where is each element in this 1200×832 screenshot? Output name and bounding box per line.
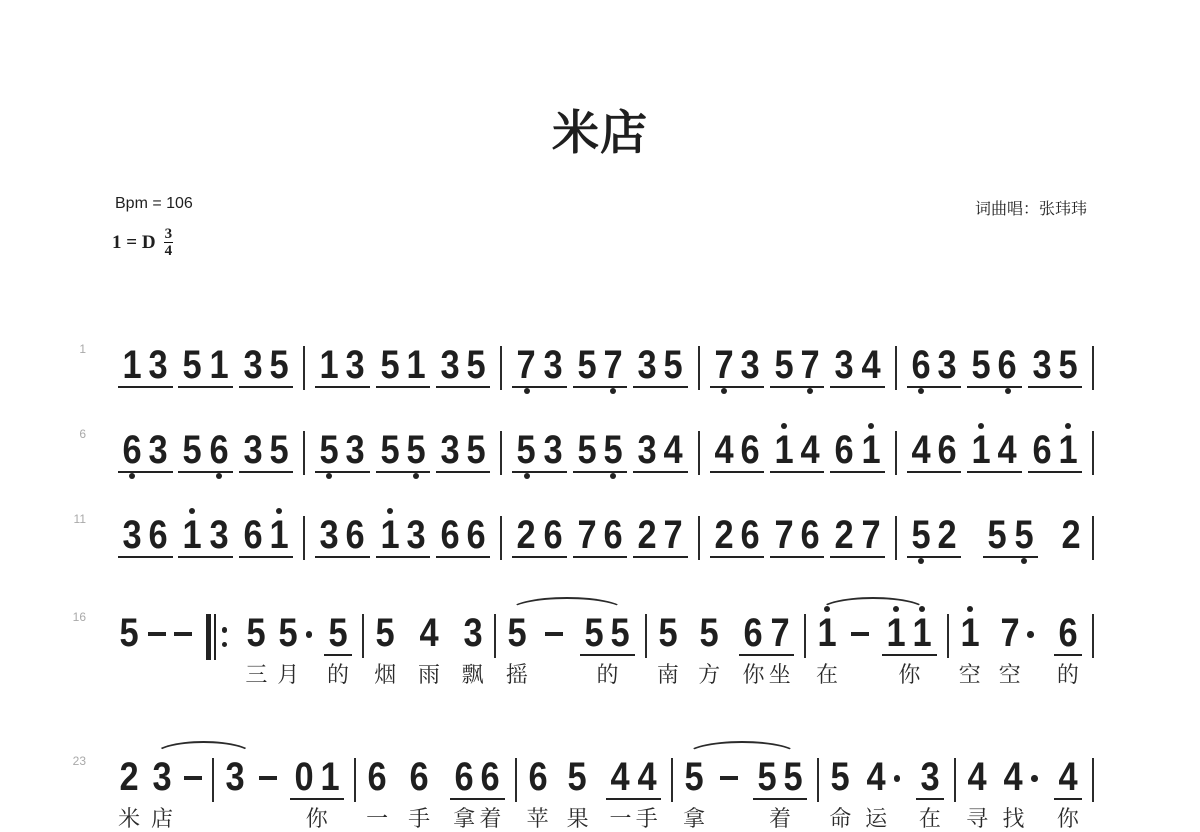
repeat-dots: [222, 614, 228, 660]
note-digit: 5: [269, 348, 288, 382]
note-digit: 3: [638, 348, 657, 382]
note: 5方: [698, 616, 720, 650]
note-digit: 5: [406, 433, 425, 467]
measure: 267627: [700, 518, 895, 558]
note-digit: 5: [467, 433, 486, 467]
note: 5拿: [683, 760, 705, 794]
measure-number: 1: [62, 342, 86, 356]
octave-dot-above: [189, 508, 195, 514]
note-digit: 6: [440, 518, 459, 552]
measure-tokens: 5南5方6你7坐: [647, 616, 804, 656]
note: 7: [799, 348, 821, 382]
note-digit: 5: [700, 616, 719, 650]
note: 6: [344, 518, 366, 552]
note-digit: 0: [294, 760, 313, 794]
note: 3飘: [462, 616, 484, 650]
note: 5: [465, 348, 487, 382]
octave-dot-below: [807, 388, 813, 394]
beamed-group: 27: [633, 518, 688, 558]
slur-arc: [509, 597, 626, 625]
note-digit: 1: [960, 616, 979, 650]
measure-number: 6: [62, 427, 86, 441]
measure: 135135: [108, 348, 303, 388]
measure: 5: [108, 616, 202, 650]
lyric: 找: [1002, 808, 1024, 830]
note: 3: [147, 348, 169, 382]
octave-dot-below: [326, 473, 332, 479]
note-digit: 3: [149, 348, 168, 382]
augmentation-dot: [1027, 631, 1034, 638]
octave-dot-below: [610, 473, 616, 479]
note-digit: 3: [123, 518, 142, 552]
beamed-group: 51: [376, 348, 431, 388]
note-digit: 4: [1004, 760, 1023, 794]
note: 3: [318, 518, 340, 552]
beamed-group: 14: [770, 433, 825, 473]
note-digit: 5: [183, 433, 202, 467]
note: 5: [970, 348, 992, 382]
lyric: 南: [657, 664, 679, 686]
note-digit: 5: [611, 616, 630, 650]
note-digit: 1: [1058, 433, 1077, 467]
octave-dot-above: [868, 423, 874, 429]
beamed-group: 6你7坐: [739, 616, 794, 656]
lyric: 你: [306, 808, 328, 830]
beamed-group: 35: [633, 348, 688, 388]
beamed-group: 14: [967, 433, 1022, 473]
note: 3: [121, 518, 143, 552]
lyric: 手: [636, 808, 658, 830]
note: 5: [318, 433, 340, 467]
note: 7空: [999, 616, 1021, 650]
measure-tokens: 301你: [214, 760, 354, 800]
barline: [1092, 614, 1094, 658]
note-digit: 3: [638, 433, 657, 467]
note-digit: 3: [440, 348, 459, 382]
note-digit: 3: [740, 348, 759, 382]
note-digit: 5: [183, 348, 202, 382]
barline: [1092, 516, 1094, 560]
measure-tokens: 5: [108, 616, 202, 650]
beamed-group: 6拿6着: [450, 760, 505, 800]
duration-dash: [545, 632, 563, 636]
note-digit: 5: [269, 433, 288, 467]
lyric: 命: [829, 808, 851, 830]
note: 6: [910, 348, 932, 382]
lyric: 拿: [683, 808, 705, 830]
note: 3: [405, 518, 427, 552]
slur-arc: [154, 741, 253, 769]
note-digit: 1: [380, 518, 399, 552]
note-digit: 6: [740, 518, 759, 552]
measure: 4寻4找4你: [956, 760, 1092, 800]
note-digit: 2: [1061, 518, 1080, 552]
note-digit: 6: [467, 518, 486, 552]
note-digit: 4: [861, 348, 880, 382]
measure-tokens: 267627: [700, 518, 895, 558]
note-digit: 3: [149, 433, 168, 467]
note-digit: 2: [835, 518, 854, 552]
system-line-6: 6635635535535535534461461461461: [108, 433, 1094, 475]
note: 7: [576, 518, 598, 552]
note-digit: 3: [835, 348, 854, 382]
note-digit: 6: [938, 433, 957, 467]
beamed-group: 26: [512, 518, 567, 558]
beamed-group: 55: [983, 518, 1038, 558]
lyric: 苹: [527, 808, 549, 830]
beamed-group: 6的: [1054, 616, 1082, 656]
note: 1: [121, 348, 143, 382]
note-digit: 5: [664, 348, 683, 382]
measure: 635635: [108, 433, 303, 473]
note: 5: [782, 760, 804, 794]
measure-tokens: 635635: [897, 348, 1092, 388]
note-digit: 6: [243, 518, 262, 552]
beamed-group: 55: [376, 433, 431, 473]
octave-dot-below: [918, 388, 924, 394]
note-digit: 2: [517, 518, 536, 552]
note: 3: [439, 348, 461, 382]
note-digit: 4: [968, 760, 987, 794]
note-digit: 5: [328, 616, 347, 650]
note: 6: [439, 518, 461, 552]
note-digit: 5: [1014, 518, 1033, 552]
measure-tokens: 635635: [108, 433, 303, 473]
augmentation-dot: [306, 631, 313, 638]
note-digit: 6: [740, 433, 759, 467]
note-digit: 5: [604, 433, 623, 467]
beamed-group: 36: [315, 518, 370, 558]
note-digit: 6: [410, 760, 429, 794]
octave-dot-below: [524, 473, 530, 479]
lyric: 方: [698, 664, 720, 686]
measure-tokens: 461461: [700, 433, 895, 473]
note: 5: [662, 348, 684, 382]
beamed-group: 63: [907, 348, 962, 388]
key-signature: 1 = D 3 4: [112, 226, 173, 259]
lyric: 月: [277, 664, 299, 686]
note: 6你: [742, 616, 764, 650]
note-digit: 3: [920, 760, 939, 794]
beamed-group: 35: [1028, 348, 1083, 388]
note: 6: [799, 518, 821, 552]
note-digit: 3: [543, 433, 562, 467]
note: 5: [181, 433, 203, 467]
note: 4雨: [418, 616, 440, 650]
note: 5南: [657, 616, 679, 650]
octave-dot-below: [610, 388, 616, 394]
credit-label: 词曲唱：张玮玮: [975, 196, 1087, 219]
note: 6手: [408, 760, 430, 794]
lyric: 的: [1057, 664, 1079, 686]
beamed-group: 35: [436, 348, 491, 388]
note-digit: 3: [209, 518, 228, 552]
note-digit: 7: [714, 348, 733, 382]
note: 4寻: [966, 760, 988, 794]
note: 3: [439, 433, 461, 467]
note-digit: 3: [463, 616, 482, 650]
note-digit: 5: [380, 433, 399, 467]
note-digit: 2: [714, 518, 733, 552]
note-digit: 4: [714, 433, 733, 467]
repeat-dot: [222, 627, 228, 633]
beamed-group: 76: [770, 518, 825, 558]
note: 1: [268, 518, 290, 552]
measure: 461461: [700, 433, 895, 473]
note-digit: 3: [346, 348, 365, 382]
duration-dash: [720, 776, 738, 780]
barline: [1092, 431, 1094, 475]
note-digit: 7: [861, 518, 880, 552]
note: 5: [602, 433, 624, 467]
measure: 6一6手6拿6着: [356, 760, 515, 800]
note-digit: 5: [577, 433, 596, 467]
note: 2: [1060, 518, 1082, 552]
beamed-group: 35: [239, 433, 294, 473]
note: 7: [602, 348, 624, 382]
beamed-group: 61: [239, 518, 294, 558]
measure-tokens: 5命4运3在: [819, 760, 954, 800]
beamed-group: 13: [178, 518, 233, 558]
note: 4: [662, 433, 684, 467]
note-digit: 7: [775, 518, 794, 552]
system-row: 135135135135735735735734635635: [108, 348, 1094, 390]
measure: 535535: [305, 433, 500, 473]
measure-tokens: 6一6手6拿6着: [356, 760, 515, 800]
repeat-dot: [222, 642, 228, 648]
beamed-group: 57: [770, 348, 825, 388]
beamed-group: 13: [315, 348, 370, 388]
note-digit: 5: [380, 348, 399, 382]
augmentation-dot: [1031, 775, 1038, 782]
beamed-group: 5的: [324, 616, 352, 656]
note-digit: 3: [243, 433, 262, 467]
note-digit: 7: [604, 348, 623, 382]
measure-number: 16: [62, 610, 86, 624]
note: 3: [636, 348, 658, 382]
repeat-start-barline: [206, 614, 228, 660]
beamed-group: 26: [710, 518, 765, 558]
octave-dot-below: [721, 388, 727, 394]
lyric: 拿: [453, 808, 475, 830]
note: 5: [986, 518, 1008, 552]
measure-tokens: 135135: [305, 348, 500, 388]
note: 4运: [865, 760, 887, 794]
beamed-group: 73: [512, 348, 567, 388]
slur-arc: [686, 741, 798, 769]
beamed-group: 35: [436, 433, 491, 473]
note-digit: 6: [998, 348, 1017, 382]
note: 3: [344, 348, 366, 382]
beamed-group: 57: [573, 348, 628, 388]
lyric: 烟: [374, 664, 396, 686]
song-title: 米店: [0, 96, 1200, 163]
note: 5果: [566, 760, 588, 794]
measure-tokens: 135135: [108, 348, 303, 388]
octave-dot-below: [524, 388, 530, 394]
bpm-label: Bpm = 106: [115, 195, 193, 213]
note: 7: [860, 518, 882, 552]
system-row: 55三5月5的5烟4雨3飘5摇55的5南5方6你7坐1在11你1空7空6的: [108, 616, 1094, 660]
octave-dot-above: [276, 508, 282, 514]
octave-dot-above: [967, 606, 973, 612]
note: 6: [121, 433, 143, 467]
note-digit: 4: [1058, 760, 1077, 794]
note: 4手: [636, 760, 658, 794]
lyric: 你: [898, 664, 920, 686]
measure: 6苹5果4一4手: [517, 760, 671, 800]
note: 2: [713, 518, 735, 552]
duration-dash: [148, 632, 166, 636]
system-row: 2米3店301你6一6手6拿6着6苹5果4一4手5拿55着5命4运3在4寻4找4…: [108, 760, 1094, 802]
note-digit: 1: [183, 518, 202, 552]
beamed-group: 73: [710, 348, 765, 388]
measure: 5烟4雨3飘: [364, 616, 494, 650]
measure-tokens: 4寻4找4你: [956, 760, 1092, 800]
note-digit: 1: [861, 433, 880, 467]
note: 7: [515, 348, 537, 382]
measure: 735734: [700, 348, 895, 388]
note-digit: 1: [320, 348, 339, 382]
note: 5: [910, 518, 932, 552]
system-line-16: 1655三5月5的5烟4雨3飘5摇55的5南5方6你7坐1在11你1空7空6的: [108, 616, 1094, 660]
lyric: 的: [596, 664, 618, 686]
note: 5: [379, 433, 401, 467]
note-digit: 1: [269, 518, 288, 552]
note: 5月: [277, 616, 299, 650]
note: 3: [344, 433, 366, 467]
note: 5: [1057, 348, 1079, 382]
note-digit: 4: [801, 433, 820, 467]
note: 6一: [366, 760, 388, 794]
lyric: 坐: [769, 664, 791, 686]
measure-number: 23: [62, 754, 86, 768]
note: 4: [860, 348, 882, 382]
note-digit: 6: [543, 518, 562, 552]
lyric: 米: [118, 808, 140, 830]
measure-tokens: 361366: [305, 518, 500, 558]
note: 7: [773, 518, 795, 552]
measure: 301你: [214, 760, 354, 800]
note-digit: 4: [419, 616, 438, 650]
note: 5: [515, 433, 537, 467]
beamed-group: 4你: [1054, 760, 1082, 800]
note: 6拿: [453, 760, 475, 794]
note-digit: 1: [320, 760, 339, 794]
note: 1: [773, 433, 795, 467]
note-digit: 6: [481, 760, 500, 794]
note: 6: [833, 433, 855, 467]
note-digit: 3: [406, 518, 425, 552]
beamed-group: 61: [1028, 433, 1083, 473]
note-digit: 5: [684, 760, 703, 794]
note: 4: [713, 433, 735, 467]
note: 5: [379, 348, 401, 382]
note-digit: 2: [120, 760, 139, 794]
note-digit: 1: [817, 616, 836, 650]
lyric: 你: [1057, 808, 1079, 830]
note-digit: 7: [664, 518, 683, 552]
measure-tokens: 735734: [700, 348, 895, 388]
note: 5: [268, 348, 290, 382]
measure-tokens: 5烟4雨3飘: [364, 616, 494, 650]
note: 6: [739, 518, 761, 552]
note-digit: 5: [517, 433, 536, 467]
note-digit: 1: [123, 348, 142, 382]
note: 5: [1013, 518, 1035, 552]
note-digit: 5: [120, 616, 139, 650]
measure-tokens: 1空7空6的: [949, 616, 1092, 656]
note-digit: 6: [835, 433, 854, 467]
system-line-23: 232米3店301你6一6手6拿6着6苹5果4一4手5拿55着5命4运3在4寻4…: [108, 760, 1094, 802]
duration-dash: [851, 632, 869, 636]
measure-tokens: 361361: [108, 518, 303, 558]
note: 6: [208, 433, 230, 467]
beamed-group: 66: [436, 518, 491, 558]
note: 5: [576, 433, 598, 467]
note-digit: 6: [604, 518, 623, 552]
note: 6: [147, 518, 169, 552]
lyric: 三: [245, 664, 267, 686]
measure: 461461: [897, 433, 1092, 473]
note: 3: [936, 348, 958, 382]
note: 2: [515, 518, 537, 552]
octave-dot-below: [1005, 388, 1011, 394]
note-digit: 7: [517, 348, 536, 382]
note: 5: [327, 616, 349, 650]
note: 6: [996, 348, 1018, 382]
note: 4: [910, 433, 932, 467]
lyric: 果: [567, 808, 589, 830]
note: 4找: [1002, 760, 1024, 794]
note-digit: 5: [577, 348, 596, 382]
note-digit: 3: [440, 433, 459, 467]
lyric: 空: [999, 664, 1021, 686]
note: 4: [799, 433, 821, 467]
note: 1: [911, 616, 933, 650]
note: 3: [542, 348, 564, 382]
note: 3: [242, 433, 264, 467]
beamed-group: 13: [118, 348, 173, 388]
measure: 735735: [502, 348, 697, 388]
note-digit: 5: [279, 616, 298, 650]
note: 1: [860, 433, 882, 467]
octave-dot-above: [1065, 423, 1071, 429]
note: 1: [379, 518, 401, 552]
time-denominator: 4: [165, 243, 173, 259]
note: 6: [602, 518, 624, 552]
lyric: 的: [327, 664, 349, 686]
lyric: 空: [959, 664, 981, 686]
key-prefix: 1 = D: [112, 232, 156, 254]
note-digit: 4: [664, 433, 683, 467]
note-digit: 3: [320, 518, 339, 552]
note-digit: 7: [577, 518, 596, 552]
beamed-group: 35: [239, 348, 294, 388]
note-digit: 6: [1058, 616, 1077, 650]
note: 2: [936, 518, 958, 552]
beamed-group: 56: [967, 348, 1022, 388]
note-digit: 1: [406, 348, 425, 382]
measure-tokens: 535535: [305, 433, 500, 473]
beamed-group: 34: [830, 348, 885, 388]
note: 3: [636, 433, 658, 467]
note-digit: 4: [637, 760, 656, 794]
note-digit: 5: [247, 616, 266, 650]
note-digit: 4: [867, 760, 886, 794]
note-digit: 6: [528, 760, 547, 794]
note-digit: 5: [658, 616, 677, 650]
